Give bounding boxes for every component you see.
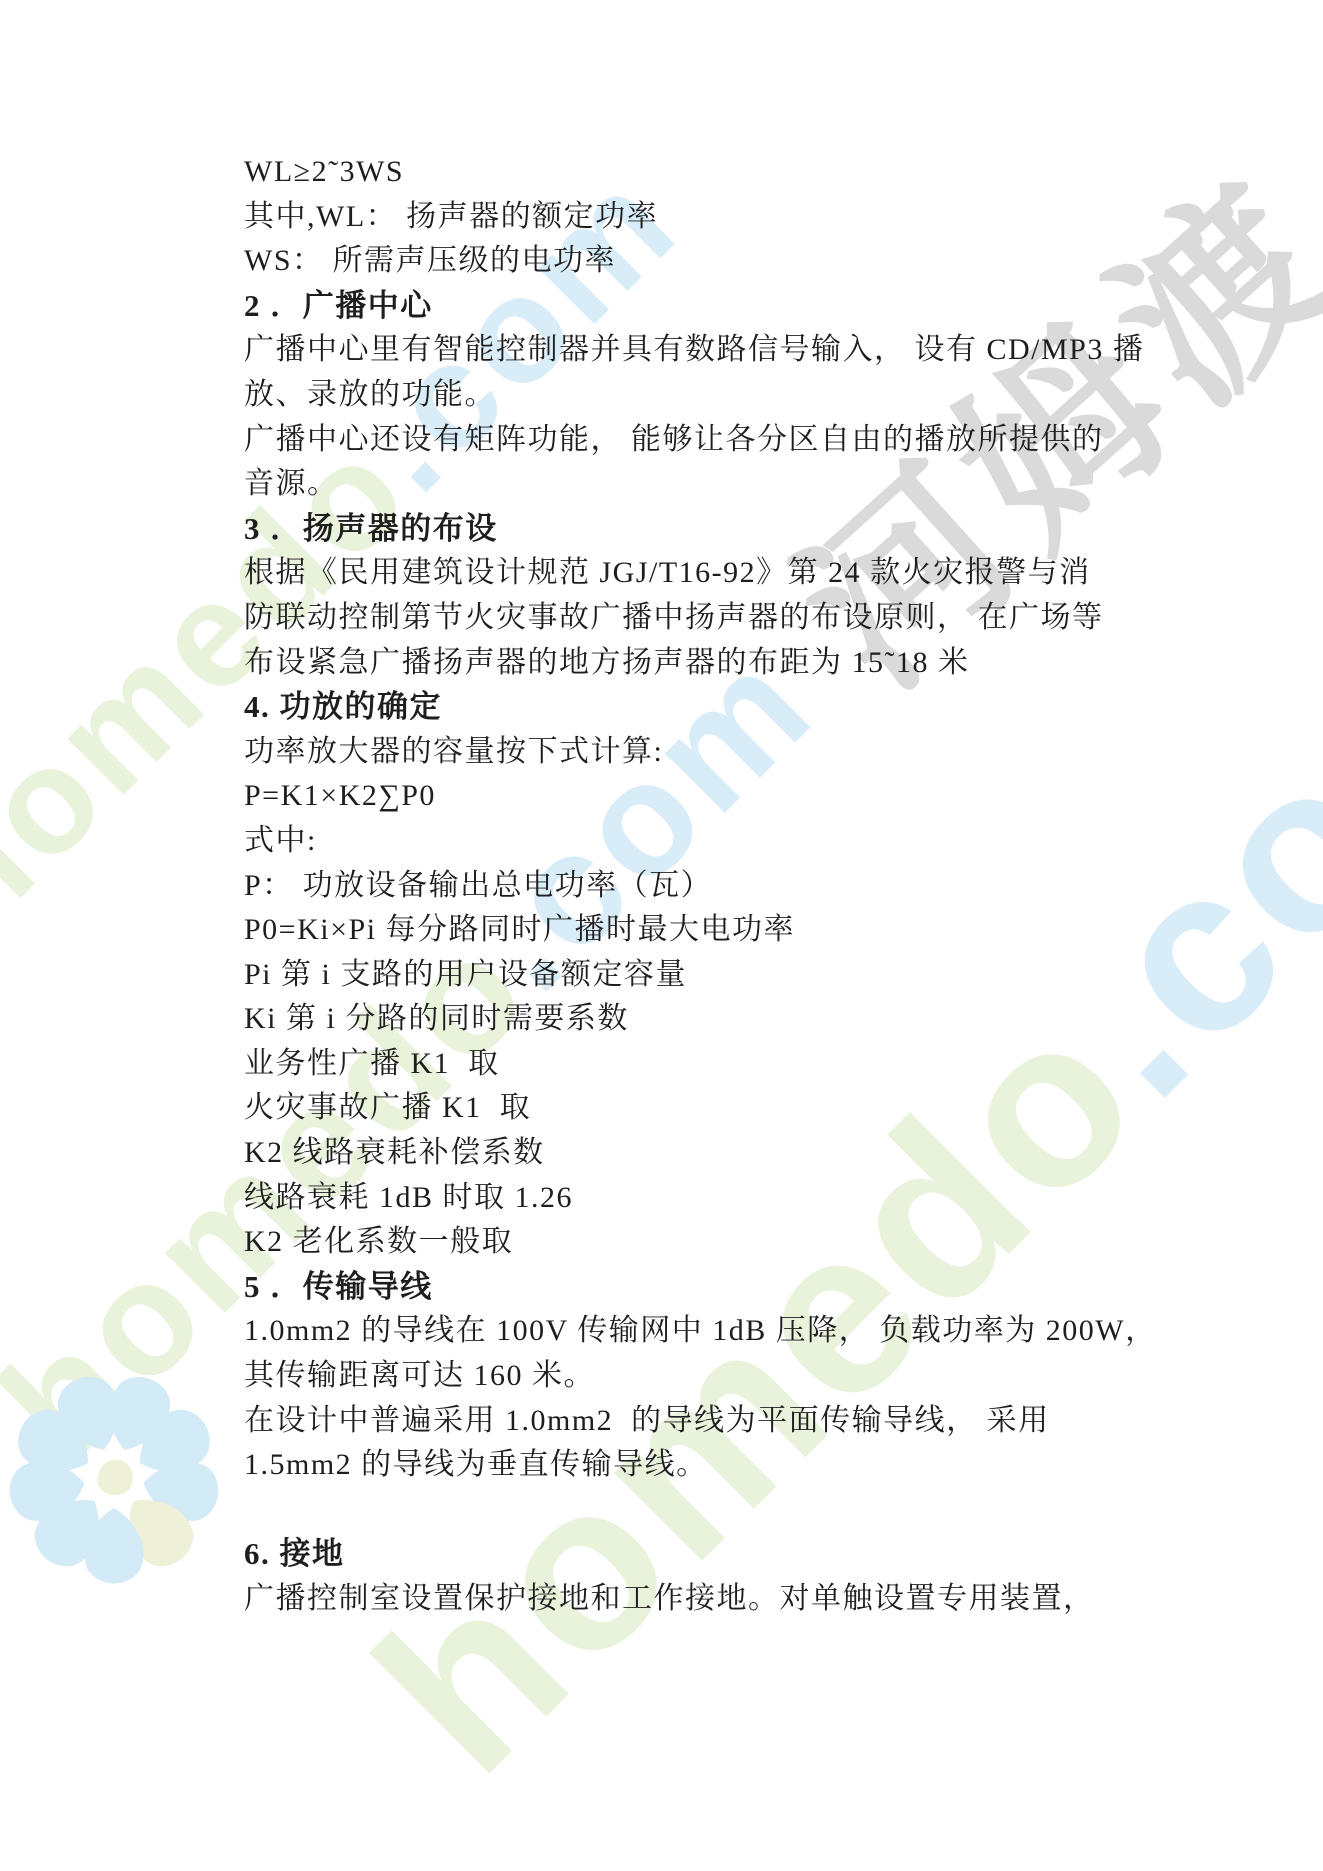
text-line: P=K1×K2∑P0	[244, 774, 1144, 819]
text-line: 4. 功放的确定	[244, 685, 1144, 730]
text-line: P0=Ki×Pi 每分路同时广播时最大电功率	[244, 908, 1144, 953]
text-line: WS： 所需声压级的电功率	[244, 239, 1144, 284]
text-line: 1.5mm2 的导线为垂直传输导线。	[244, 1443, 1144, 1488]
text-line: 广播控制室设置保护接地和工作接地。对单触设置专用装置，	[244, 1577, 1144, 1622]
text-line: Pi 第 i 支路的用户设备额定容量	[244, 953, 1144, 998]
text-line: 2 ．广播中心	[244, 284, 1144, 329]
text-line: 广播中心里有智能控制器并具有数路信号输入， 设有 CD/MP3 播	[244, 328, 1144, 373]
text-line: 放、录放的功能。	[244, 373, 1144, 418]
text-line: 在设计中普遍采用 1.0mm2 的导线为平面传输导线， 采用	[244, 1399, 1144, 1444]
text-line: 5 ．传输导线	[244, 1265, 1144, 1310]
text-line: Ki 第 i 分路的同时需要系数	[244, 997, 1144, 1042]
flower-center	[98, 1460, 133, 1495]
text-line: 3 ．扬声器的布设	[244, 507, 1144, 552]
text-line: 其中,WL： 扬声器的额定功率	[244, 195, 1144, 240]
text-line: K2 线路衰耗补偿系数	[244, 1131, 1144, 1176]
text-line: 业务性广播 K1 取	[244, 1042, 1144, 1087]
document-text: WL≥2˜3WS其中,WL： 扬声器的额定功率WS： 所需声压级的电功率2 ．广…	[244, 150, 1144, 1622]
homedo-flower-logo	[8, 1372, 220, 1584]
text-line: 广播中心还设有矩阵功能， 能够让各分区自由的播放所提供的	[244, 418, 1144, 463]
text-line: 火灾事故广播 K1 取	[244, 1086, 1144, 1131]
text-line: 其传输距离可达 160 米。	[244, 1354, 1144, 1399]
text-line: 布设紧急广播扬声器的地方扬声器的布距为 15˜18 米	[244, 641, 1144, 686]
text-line: WL≥2˜3WS	[244, 150, 1144, 195]
text-line: 线路衰耗 1dB 时取 1.26	[244, 1176, 1144, 1221]
text-line: 式中:	[244, 819, 1144, 864]
text-line: 1.0mm2 的导线在 100V 传输网中 1dB 压降， 负载功率为 200W…	[244, 1309, 1144, 1354]
text-line: K2 老化系数一般取	[244, 1220, 1144, 1265]
text-line: P： 功放设备输出总电功率（瓦）	[244, 864, 1144, 909]
text-line	[244, 1488, 1144, 1533]
text-line: 6. 接地	[244, 1532, 1144, 1577]
text-line: 功率放大器的容量按下式计算:	[244, 730, 1144, 775]
text-line: 音源。	[244, 462, 1144, 507]
text-line: 根据《民用建筑设计规范 JGJ/T16-92》第 24 款火灾报警与消	[244, 551, 1144, 596]
scanned-document-page: 河姆渡 homedo.com homedo.com homedo.com WL≥…	[0, 0, 1323, 1871]
text-line: 防联动控制第节火灾事故广播中扬声器的布设原则， 在广场等	[244, 596, 1144, 641]
